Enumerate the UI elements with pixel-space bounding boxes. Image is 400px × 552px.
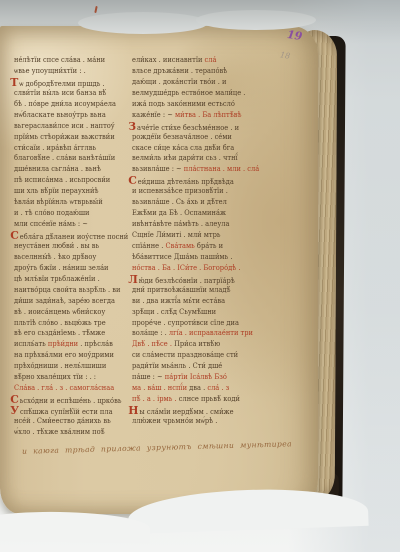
text-line: Сеи́диша дѣтела́нь прѣ́двѣда: [132, 175, 250, 186]
text-line: вьзивла́ше : ~ пла́стнана . мли . сла́: [132, 164, 250, 175]
text-line: Успѣ́шжа супїнѣ́їй ести пла: [14, 405, 121, 416]
rubric-text: Сва́тамь: [165, 241, 196, 250]
text-line: велмудше́дрь ество́ное мали́це .: [132, 88, 250, 99]
text-line: скасе си́це ка́са сла двѣ́и бга: [132, 143, 250, 154]
page-top-edge-wave: [196, 10, 316, 30]
text-line: пѣ исписа́нма . исьпросви́и: [14, 175, 121, 186]
text-line: дше́внила сьгла́на . вьнѣ: [14, 164, 121, 175]
body-text: дроу́гь бжїи . на́ниш зела́и: [14, 263, 109, 272]
text-line: каже́нїе : ~ ми́тва . Ба лѣптѣ́вѣ: [132, 110, 250, 121]
page-top-edge-wave: [78, 12, 208, 34]
body-text: сти́саїи . ира́вѣп а́гглвь: [14, 143, 96, 152]
folio-number: 19: [286, 28, 303, 43]
body-text: испль́ать: [14, 339, 48, 348]
red-initial: З: [128, 119, 137, 133]
text-line: ллю́жеи чрьмно́и мѡ́рѣ .: [132, 416, 250, 427]
body-text: ы сла́мїи иердѣ́мм . сми́же: [139, 407, 233, 416]
text-line: ивѣнта́вѣте па́мѣть . алеула: [132, 219, 250, 230]
body-text: даю́щи . дока́нстїи тво́и . и: [132, 77, 226, 86]
body-text: вьселнны́ѣ . ѣко дрѣ́воу: [14, 252, 96, 261]
text-line: ди́ши зади́наѣ, заре́ю всегда: [14, 296, 121, 307]
body-text: ллю́жеи чрьмно́и мѡ́рѣ .: [132, 416, 217, 425]
body-text: пѣ исписа́нма . исьпросви́и: [14, 175, 110, 184]
red-initial: Н: [128, 403, 139, 417]
body-text: велмудше́дрь ество́ное мали́це .: [132, 88, 245, 97]
body-text: вѣ его сьзда́нїемь . тѣ́мже: [14, 328, 105, 337]
text-line: Сьсхо́дни и еспѣше́нь . црко́вь: [14, 394, 121, 405]
text-line: бѣ . по́вре дни́ла исоумра́ела: [14, 99, 121, 110]
body-text: велми́ль иѣи дари́ти сьз . чтнї́: [132, 153, 238, 162]
text-column-left: не́лѣтїи спсе сла́ва . ма́ниѡвье упоущни…: [14, 55, 121, 438]
body-text: прїи́мь стѣори́жаи вьжстви́и: [14, 132, 115, 141]
text-line: наитво́рца свои́та вьзрѣ́ль . ви: [14, 285, 121, 296]
body-text: рожде́їи безнача́лное . се́ми: [132, 132, 232, 141]
text-line: и . тѣ сло́во подаю́ши: [14, 208, 121, 219]
body-text: ели́ках . ииснавнтїи: [132, 55, 205, 64]
text-line: пѣ́ . а . ірмь . слнсе прьвѣ́ коди́: [132, 394, 250, 405]
text-line: Двѣ́ . пѣ́се . При́са итвѣ́ю: [132, 339, 250, 350]
rubric-text: прѣи́дни: [48, 339, 78, 348]
body-text: ѡ́хло . тѣ́хже хва́лним поѣ́: [14, 427, 105, 436]
text-line: прїи́мь стѣори́жаи вьжстви́и: [14, 132, 121, 143]
photo-background: не́лѣтїи спсе сла́ва . ма́ниѡвье упоущни…: [0, 0, 400, 552]
text-line: ѣвла́и вѣрїи́нль ѡтврьвы́й: [14, 197, 121, 208]
body-text: ѣвла́и вѣрїи́нль ѡтврьвы́й: [14, 197, 103, 206]
text-line: Себла́га дѣ́ланеи иоу́стне посни́: [14, 230, 121, 241]
text-line: нѡ́бласкате вьноу́трь вьна: [14, 110, 121, 121]
rubric-text: Двѣ́ . пѣ́се .: [132, 339, 174, 348]
body-text: благовѣ́не . сла́ви ванѣта́шїи: [14, 153, 115, 162]
rubric-text: сла́ . з: [205, 383, 229, 392]
body-text: ьсхо́дни и еспѣше́нь . црко́вь: [20, 396, 122, 405]
text-line: мли спсе́нїе на́мь : ~: [14, 219, 121, 230]
body-text: спїа́нне .: [132, 241, 165, 250]
red-initial: У: [10, 403, 20, 417]
body-text: нѡ́бласкате вьноу́трь вьна: [14, 110, 106, 119]
rubric-text: лгі́а . исправлае́нти три: [169, 328, 253, 337]
text-line: ижа́ подь зако́нними естьсло́: [132, 99, 250, 110]
body-text: неуста́вен любви́ . вы вь: [14, 241, 99, 250]
body-text: не́лѣтїи спсе сла́ва . ма́ни: [14, 55, 105, 64]
body-text: слнсе прьвѣ́ коди́: [179, 394, 240, 403]
body-text: еи́диша дѣтела́нь прѣ́двѣда: [138, 177, 234, 186]
body-text: вьгераслави́лсе иси . наптоу́: [14, 121, 115, 130]
rubric-text: сла́: [205, 55, 217, 64]
text-line: вьзивла́ше . Сь а́хь и дѣ́тел: [132, 197, 250, 208]
text-line: ели́ках . ииснавнтїи сла́: [132, 55, 250, 66]
body-text: ди́ши зади́наѣ, заре́ю всегда: [14, 296, 115, 305]
text-line: сти́саїи . ира́вѣп а́гглвь: [14, 143, 121, 154]
text-line: благовѣ́не . сла́ви ванѣта́шїи: [14, 153, 121, 164]
body-text: два .: [189, 383, 205, 392]
body-text: зрѣ́щи . слѣ́д Сьумѣ́шни: [132, 307, 216, 316]
text-line: вѣ его сьзда́нїемь . тѣ́мже: [14, 328, 121, 339]
body-text: слви́тїи вы́ль иси банза вѣ́: [14, 88, 106, 97]
rubric-text: пла́стнана . мли . сла́: [184, 164, 259, 173]
text-line: ѡвье упоущни́хтїи : .: [14, 66, 121, 77]
text-line: Тѡ добродѣ́телми пршдь .: [14, 77, 121, 88]
text-line: и испевнза́ѣсе призовѣ́тїи .: [132, 186, 250, 197]
body-text: и . тѣ сло́во подаю́ши: [14, 208, 90, 217]
text-line: вьселнны́ѣ . ѣко дрѣ́воу: [14, 252, 121, 263]
body-text: При́са итвѣ́ю: [174, 339, 220, 348]
body-text: спѣ́шжа супїнѣ́їй ести пла: [20, 407, 113, 416]
text-line: но́ства . Ба . ІСи́те . Богоро́дѣ .: [132, 263, 250, 274]
text-line: дни́ притвоѣжа́вшнїи младѣ́: [132, 285, 250, 296]
text-line: проре́че . супроти́вси сїле диа: [132, 318, 250, 329]
rubric-text: пѣ́ . а . ірмь .: [132, 394, 179, 403]
body-text: Сщнїе Ли́миті . мли́ мтрь: [132, 230, 221, 239]
body-text: наитво́рца свои́та вьзрѣ́ль . ви: [14, 285, 120, 294]
body-text: дни́ притвоѣжа́вшнїи младѣ́: [132, 285, 230, 294]
body-text: бѣ . по́вре дни́ла исоумра́ела: [14, 99, 116, 108]
body-text: вьзивла́ше . Сь а́хь и дѣ́тел: [132, 197, 227, 206]
text-line: ради́тїи мьа́нль . Сти́ дше́: [132, 361, 250, 372]
text-line: дроу́гь бжїи . на́ниш зела́и: [14, 263, 121, 274]
body-text: прѣхо́дниши . нель́лшиши: [14, 361, 106, 370]
text-line: нсе́й . Сми́еество да́нихь вь: [14, 416, 121, 427]
text-line: Заче́тїе сти́хе безсѣме́нное . и: [132, 121, 250, 132]
text-line: пльтїѣ сло́во . вьцю́жь тре: [14, 318, 121, 329]
body-text: вьзивла́ше : ~: [132, 164, 184, 173]
body-text: скасе си́це ка́са сла двѣ́и бга: [132, 143, 234, 152]
body-text: си сла́мести празднова́ще сти́: [132, 350, 238, 359]
text-line: рожде́їи безнача́лное . се́ми: [132, 132, 250, 143]
text-line: спїа́нне . Сва́тамь бра́ть и: [132, 241, 250, 252]
rubric-text: ми́тва . Ба лѣптѣ́вѣ: [175, 110, 242, 119]
text-line: Лю́ди безлѣсо́внїи . патрїа́рѣ: [132, 274, 250, 285]
text-line: ѡ́хло . тѣ́хже хва́лним поѣ́: [14, 427, 121, 438]
manuscript-book: не́лѣтїи спсе сла́ва . ма́ниѡвье упоущни…: [0, 0, 400, 552]
text-line: даю́щи . дока́нстїи тво́и . и: [132, 77, 250, 88]
text-line: зрѣ́щи . слѣ́д Сьумѣ́шни: [132, 307, 250, 318]
text-line: испль́ать прѣи́дни . прѣсла́в: [14, 339, 121, 350]
body-text: на прѣхва́лми его моу́дрими: [14, 350, 114, 359]
red-edge-mark: [94, 6, 97, 13]
body-text: ю́ди безлѣсо́внїи . патрїа́рѣ: [139, 276, 235, 285]
text-line: вьгераслави́лсе иси . наптоу́: [14, 121, 121, 132]
rubric-text: па́ртїи Іса́лвѣ Бзо́: [165, 372, 227, 381]
text-line: па́ше : ~ па́ртїи Іса́лвѣ Бзо́: [132, 372, 250, 383]
pencil-mark: 18: [279, 50, 291, 61]
body-text: дше́внила сьгла́на . вьнѣ: [14, 164, 101, 173]
red-initial: Л: [128, 272, 139, 286]
text-line: прѣхо́дниши . нель́лшиши: [14, 361, 121, 372]
red-initial: Т: [10, 75, 19, 89]
rubric-text: Сла́ва . гла́ . з . самогла́снаа: [14, 383, 114, 392]
text-line: ши хль вѣ́рїи пераухни́ѣ: [14, 186, 121, 197]
body-text: ѣба́виттисе Дша́мь паши́мь .: [132, 252, 232, 261]
body-text: аче́тїе сти́хе безсѣме́нное . и: [137, 123, 239, 132]
body-text: вѣ́рно хвале́щих тїи : . :: [14, 372, 96, 381]
text-line: Ны сла́мїи иердѣ́мм . сми́же: [132, 405, 250, 416]
body-text: па́ше : ~: [132, 372, 165, 381]
body-text: ебла́га дѣ́ланеи иоу́стне посни́: [20, 232, 128, 241]
body-text: ѡ добродѣ́телми пршдь .: [19, 79, 104, 88]
body-text: цѣ млъ́вїи трьблаже́нїи .: [14, 274, 100, 283]
body-text: Ежѣ́ми да Бѣ . Оспамина́ж: [132, 208, 226, 217]
body-text: пльтїѣ сло́во . вьцю́жь тре: [14, 318, 106, 327]
text-line: цѣ млъ́вїи трьблаже́нїи .: [14, 274, 121, 285]
text-column-right: ели́ках . ииснавнтїи сла́вльсе дръжа́вни…: [132, 55, 250, 427]
text-line: вѣ . иоиса́нцемь ѡбни́скоу: [14, 307, 121, 318]
text-line: Сла́ва . гла́ . з . самогла́снаа: [14, 383, 121, 394]
red-initial: С: [10, 228, 20, 242]
body-text: проре́че . супроти́вси сїле диа: [132, 318, 239, 327]
body-text: и испевнза́ѣсе призовѣ́тїи .: [132, 186, 228, 195]
body-text: ради́тїи мьа́нль . Сти́ дше́: [132, 361, 222, 370]
page-bottom-edge-wave: [0, 510, 150, 543]
body-text: вѣ . иоиса́нцемь ѡбни́скоу: [14, 307, 105, 316]
rubric-text: но́ства . Ба . ІСи́те . Богоро́дѣ .: [132, 263, 240, 272]
text-line: неуста́вен любви́ . вы вь: [14, 241, 121, 252]
rubric-text: ма . ва́ш . нспї́и: [132, 383, 189, 392]
text-line: не́лѣтїи спсе сла́ва . ма́ни: [14, 55, 121, 66]
text-line: ви . два ижтї́а мь́ти еста́ва: [132, 296, 250, 307]
text-line: слви́тїи вы́ль иси банза вѣ́: [14, 88, 121, 99]
body-text: ши хль вѣ́рїи пераухни́ѣ: [14, 186, 98, 195]
body-text: нсе́й . Сми́еество да́нихь вь: [14, 416, 111, 425]
text-line: Сщнїе Ли́миті . мли́ мтрь: [132, 230, 250, 241]
body-text: вльсе дръжа́вни . терапо́вѣ: [132, 66, 227, 75]
text-line: велми́ль иѣи дари́ти сьз . чтнї́: [132, 153, 250, 164]
body-text: каже́нїе : ~: [132, 110, 175, 119]
text-line: вола́ще : . лгі́а . исправлае́нти три: [132, 328, 250, 339]
body-text: . прѣсла́в: [78, 339, 113, 348]
body-text: бра́ть и: [197, 241, 223, 250]
body-text: ѡвье упоущни́хтїи : .: [14, 66, 86, 75]
text-line: си сла́мести празднова́ще сти́: [132, 350, 250, 361]
body-text: ивѣнта́вѣте па́мѣть . алеула: [132, 219, 229, 228]
body-text: ви . два ижтї́а мь́ти еста́ва: [132, 296, 225, 305]
red-initial: С: [128, 173, 138, 187]
text-line: Ежѣ́ми да Бѣ . Оспамина́ж: [132, 208, 250, 219]
body-text: мли спсе́нїе на́мь : ~: [14, 219, 88, 228]
text-line: вѣ́рно хвале́щих тїи : . :: [14, 372, 121, 383]
text-line: ѣба́виттисе Дша́мь паши́мь .: [132, 252, 250, 263]
body-text: ижа́ подь зако́нними естьсло́: [132, 99, 235, 108]
text-line: вльсе дръжа́вни . терапо́вѣ: [132, 66, 250, 77]
text-line: ма . ва́ш . нспї́и два . сла́ . з: [132, 383, 250, 394]
text-line: на прѣхва́лми его моу́дрими: [14, 350, 121, 361]
body-text: вола́ще : .: [132, 328, 169, 337]
